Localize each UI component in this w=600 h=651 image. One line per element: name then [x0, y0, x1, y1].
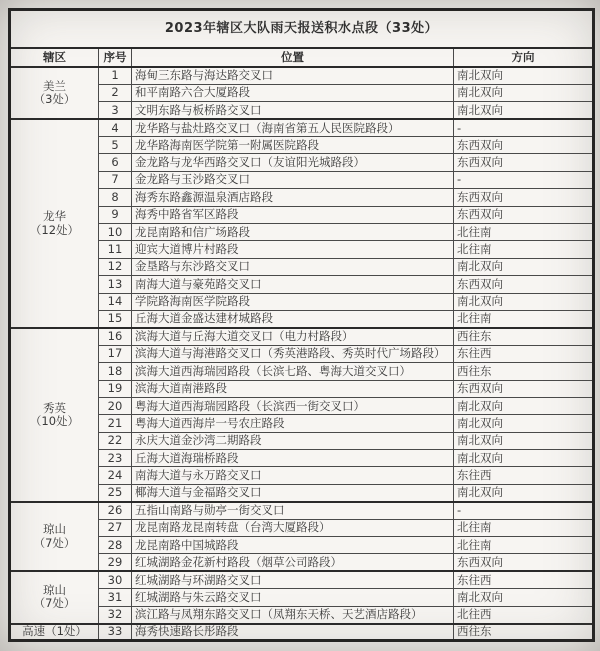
row-location-cell: 滨江路与凤翔东路交叉口（凤翔东天桥、天艺酒店路段） [132, 606, 454, 623]
row-location-cell: 永庆大道金沙湾二期路段 [132, 432, 454, 449]
row-index-cell: 7 [99, 171, 132, 188]
row-location-cell: 龙昆南路龙昆南转盘（台湾大厦路段） [132, 519, 454, 536]
row-direction-cell: 东西双向 [454, 554, 594, 571]
row-index-cell: 6 [99, 154, 132, 171]
row-direction-cell: 南北双向 [454, 258, 594, 275]
row-location-cell: 海秀快速路长彤路段 [132, 624, 454, 641]
row-location-cell: 金龙路与龙华西路交叉口（友谊阳光城路段） [132, 154, 454, 171]
row-index-cell: 15 [99, 310, 132, 327]
table-row: 龙华（12处）4龙华路与盐灶路交叉口（海南省第五人民医院路段）- [10, 119, 594, 136]
row-index-cell: 9 [99, 206, 132, 223]
district-cell: 秀英（10处） [10, 328, 99, 502]
row-location-cell: 粤海大道西海岸一号农庄路段 [132, 415, 454, 432]
row-direction-cell: 东往西 [454, 467, 594, 484]
district-cell: 龙华（12处） [10, 119, 99, 328]
row-location-cell: 红城湖路与朱云路交叉口 [132, 589, 454, 606]
table-row: 琼山（7处）30红城湖路与环湖路交叉口东往西 [10, 571, 594, 588]
row-location-cell: 海甸三东路与海达路交叉口 [132, 67, 454, 84]
district-cell: 琼山（7处） [10, 502, 99, 572]
district-cell: 美兰（3处） [10, 67, 99, 119]
row-direction-cell: - [454, 119, 594, 136]
document-page: 2023年辖区大队雨天报送积水点段（33处） 辖区 序号 位置 方向 美兰（3处… [0, 0, 600, 651]
row-direction-cell: 南北双向 [454, 397, 594, 414]
row-index-cell: 26 [99, 502, 132, 519]
row-direction-cell: 南北双向 [454, 102, 594, 119]
col-header-direction: 方向 [454, 48, 594, 67]
row-direction-cell: 南北双向 [454, 484, 594, 501]
row-direction-cell: 北往南 [454, 241, 594, 258]
row-location-cell: 和平南路六合大厦路段 [132, 84, 454, 101]
row-location-cell: 学院路海南医学院路段 [132, 293, 454, 310]
row-direction-cell: 北往南 [454, 537, 594, 554]
row-index-cell: 22 [99, 432, 132, 449]
row-direction-cell: 南北双向 [454, 450, 594, 467]
table-row: 秀英（10处）16滨海大道与丘海大道交叉口（电力村路段）西往东 [10, 328, 594, 345]
row-index-cell: 2 [99, 84, 132, 101]
row-location-cell: 龙昆南路和信广场路段 [132, 224, 454, 241]
column-header-row: 辖区 序号 位置 方向 [10, 48, 594, 67]
row-index-cell: 32 [99, 606, 132, 623]
table-row: 高速（1处）33海秀快速路长彤路段西往东 [10, 624, 594, 641]
row-direction-cell: 北往南 [454, 310, 594, 327]
row-direction-cell: 东西双向 [454, 276, 594, 293]
row-index-cell: 12 [99, 258, 132, 275]
row-direction-cell: 南北双向 [454, 84, 594, 101]
row-index-cell: 5 [99, 137, 132, 154]
row-location-cell: 丘海大道金盛达建材城路段 [132, 310, 454, 327]
table-row: 琼山（7处）26五指山南路与勋亭一街交叉口- [10, 502, 594, 519]
row-index-cell: 20 [99, 397, 132, 414]
row-location-cell: 迎宾大道博片村路段 [132, 241, 454, 258]
row-index-cell: 29 [99, 554, 132, 571]
row-location-cell: 南海大道与永万路交叉口 [132, 467, 454, 484]
row-location-cell: 金龙路与玉沙路交叉口 [132, 171, 454, 188]
row-index-cell: 33 [99, 624, 132, 641]
row-index-cell: 19 [99, 380, 132, 397]
row-index-cell: 16 [99, 328, 132, 345]
row-location-cell: 海秀东路鑫源温泉酒店路段 [132, 189, 454, 206]
row-location-cell: 海秀中路省军区路段 [132, 206, 454, 223]
row-index-cell: 8 [99, 189, 132, 206]
waterlogging-table: 2023年辖区大队雨天报送积水点段（33处） 辖区 序号 位置 方向 美兰（3处… [8, 8, 595, 642]
row-location-cell: 丘海大道海瑞桥路段 [132, 450, 454, 467]
row-index-cell: 14 [99, 293, 132, 310]
row-direction-cell: 西往东 [454, 624, 594, 641]
row-direction-cell: 南北双向 [454, 589, 594, 606]
row-direction-cell: 南北双向 [454, 67, 594, 84]
row-direction-cell: - [454, 171, 594, 188]
row-direction-cell: 东西双向 [454, 380, 594, 397]
row-direction-cell: 西往东 [454, 328, 594, 345]
row-location-cell: 粤海大道西海瑞园路段（长滨西一街交叉口） [132, 397, 454, 414]
row-index-cell: 25 [99, 484, 132, 501]
table-row: 美兰（3处）1海甸三东路与海达路交叉口南北双向 [10, 67, 594, 84]
row-index-cell: 4 [99, 119, 132, 136]
row-direction-cell: 北往南 [454, 224, 594, 241]
col-header-location: 位置 [132, 48, 454, 67]
row-index-cell: 30 [99, 571, 132, 588]
col-header-index: 序号 [99, 48, 132, 67]
row-direction-cell: 东往西 [454, 571, 594, 588]
row-direction-cell: 北往南 [454, 519, 594, 536]
row-index-cell: 24 [99, 467, 132, 484]
row-direction-cell: 南北双向 [454, 293, 594, 310]
row-location-cell: 红城湖路金花新村路段（烟草公司路段） [132, 554, 454, 571]
row-location-cell: 文明东路与板桥路交叉口 [132, 102, 454, 119]
row-direction-cell: 东西双向 [454, 189, 594, 206]
title-row: 2023年辖区大队雨天报送积水点段（33处） [10, 10, 594, 49]
row-location-cell: 金垦路与东沙路交叉口 [132, 258, 454, 275]
row-location-cell: 滨海大道与丘海大道交叉口（电力村路段） [132, 328, 454, 345]
row-index-cell: 1 [99, 67, 132, 84]
district-cell: 高速（1处） [10, 624, 99, 641]
col-header-district: 辖区 [10, 48, 99, 67]
row-direction-cell: 东西双向 [454, 137, 594, 154]
district-cell: 琼山（7处） [10, 571, 99, 623]
row-index-cell: 10 [99, 224, 132, 241]
row-location-cell: 椰海大道与金福路交叉口 [132, 484, 454, 501]
row-direction-cell: 东西双向 [454, 154, 594, 171]
row-index-cell: 3 [99, 102, 132, 119]
row-index-cell: 13 [99, 276, 132, 293]
row-direction-cell: 北往西 [454, 606, 594, 623]
table-title: 2023年辖区大队雨天报送积水点段（33处） [10, 10, 594, 49]
row-direction-cell: 东西双向 [454, 206, 594, 223]
row-index-cell: 27 [99, 519, 132, 536]
row-location-cell: 滨海大道西海瑞园路段（长滨七路、粤海大道交叉口） [132, 363, 454, 380]
row-index-cell: 21 [99, 415, 132, 432]
row-location-cell: 龙昆南路中国城路段 [132, 537, 454, 554]
row-direction-cell: 西往东 [454, 363, 594, 380]
row-index-cell: 31 [99, 589, 132, 606]
row-direction-cell: 南北双向 [454, 432, 594, 449]
row-location-cell: 五指山南路与勋亭一街交叉口 [132, 502, 454, 519]
table-body: 美兰（3处）1海甸三东路与海达路交叉口南北双向2和平南路六合大厦路段南北双向3文… [10, 67, 594, 641]
row-index-cell: 28 [99, 537, 132, 554]
row-location-cell: 滨海大道南港路段 [132, 380, 454, 397]
row-location-cell: 龙华路与盐灶路交叉口（海南省第五人民医院路段） [132, 119, 454, 136]
row-index-cell: 17 [99, 345, 132, 362]
row-location-cell: 滨海大道与海港路交叉口（秀英港路段、秀英时代广场路段） [132, 345, 454, 362]
row-index-cell: 11 [99, 241, 132, 258]
row-index-cell: 23 [99, 450, 132, 467]
row-location-cell: 南海大道与豪苑路交叉口 [132, 276, 454, 293]
row-direction-cell: 东往西 [454, 345, 594, 362]
row-direction-cell: - [454, 502, 594, 519]
row-location-cell: 红城湖路与环湖路交叉口 [132, 571, 454, 588]
row-location-cell: 龙华路海南医学院第一附属医院路段 [132, 137, 454, 154]
row-direction-cell: 南北双向 [454, 415, 594, 432]
row-index-cell: 18 [99, 363, 132, 380]
